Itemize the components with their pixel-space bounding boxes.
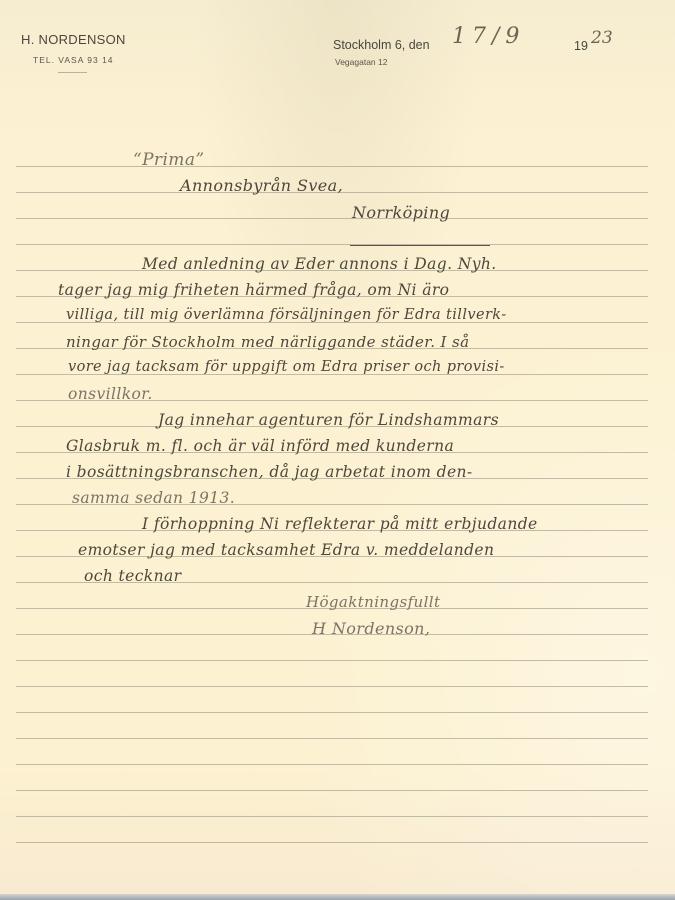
body-line: villiga, till mig överlämna försäljninge… xyxy=(66,307,507,323)
year-printed: 19 xyxy=(574,39,588,53)
body-line: samma sedan 1913. xyxy=(72,489,235,507)
ruled-line xyxy=(16,764,648,765)
letterhead-name: H. NORDENSON xyxy=(21,32,126,47)
body-line: ningar för Stockholm med närliggande stä… xyxy=(66,333,469,351)
letterhead-street: Vegagatan 12 xyxy=(335,57,387,67)
body-line: Med anledning av Eder annons i Dag. Nyh. xyxy=(142,255,497,273)
addressee-line-3: Norrköping xyxy=(352,203,450,222)
body-line: i bosättningsbranschen, då jag arbetat i… xyxy=(66,463,473,481)
body-line: Glasbruk m. fl. och är väl införd med ku… xyxy=(66,437,454,455)
ruled-line xyxy=(16,218,648,219)
signature: H Nordenson, xyxy=(312,619,430,638)
ruled-line xyxy=(16,712,648,713)
closing-salutation: Högaktningsfullt xyxy=(306,593,440,611)
ruled-line xyxy=(16,738,648,739)
body-line: tager jag mig friheten härmed fråga, om … xyxy=(58,281,449,299)
year-handwritten: 23 xyxy=(591,28,613,48)
ruled-line xyxy=(16,790,648,791)
addressee-line-1: “Prima” xyxy=(133,150,204,170)
handwritten-date: 17/9 xyxy=(452,24,525,49)
ruled-line xyxy=(16,842,648,843)
ruled-line xyxy=(16,686,648,687)
addressee-underline xyxy=(350,245,490,246)
letterhead-telephone: TEL. VASA 93 14 xyxy=(33,55,114,65)
ruled-line xyxy=(16,244,648,245)
body-line: onsvillkor. xyxy=(68,385,153,403)
body-line: I förhoppning Ni reflekterar på mitt erb… xyxy=(142,515,538,533)
body-line: Jag innehar agenturen för Lindshammars xyxy=(158,411,499,429)
paper-bottom-edge xyxy=(0,894,675,900)
body-line: och tecknar xyxy=(84,567,181,585)
ruled-line xyxy=(16,166,648,167)
body-line: vore jag tacksam för uppgift om Edra pri… xyxy=(68,359,505,375)
ruled-line xyxy=(16,660,648,661)
letterhead-place: Stockholm 6, den xyxy=(333,38,430,52)
body-line: emotser jag med tacksamhet Edra v. medde… xyxy=(78,541,494,559)
letterhead-divider xyxy=(58,72,87,73)
ruled-line xyxy=(16,816,648,817)
addressee-line-2: Annonsbyrån Svea, xyxy=(180,176,343,195)
